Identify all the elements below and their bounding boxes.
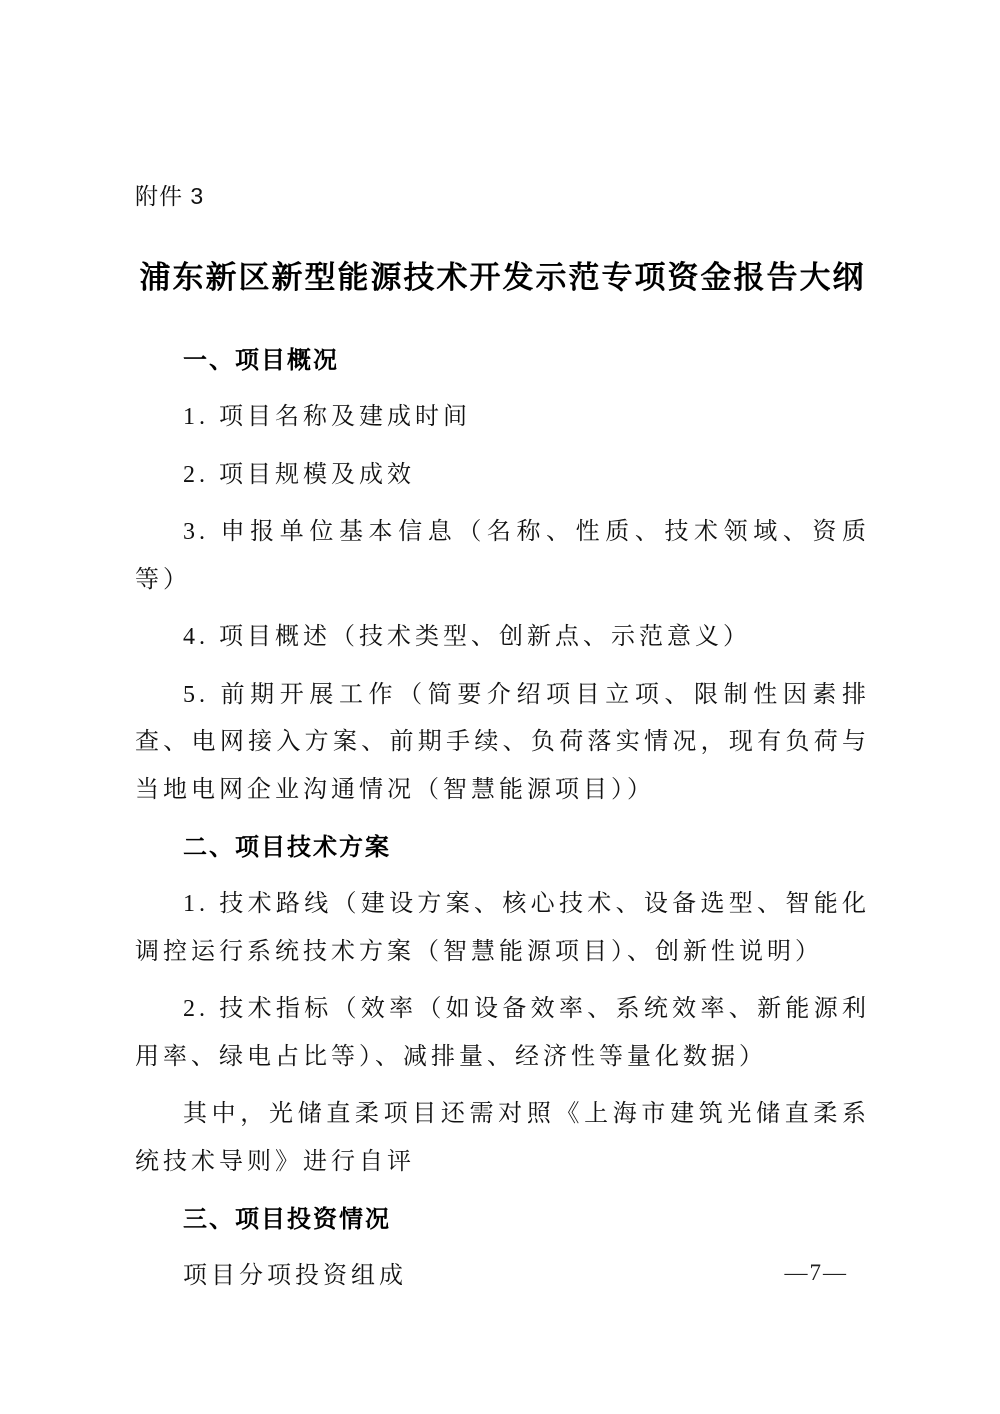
document-body: 一、项目概况 1. 项目名称及建成时间 2. 项目规模及成效 3. 申报单位基本… xyxy=(135,337,870,1301)
paragraph-project-name: 1. 项目名称及建成时间 xyxy=(135,394,870,442)
paragraph-project-scale: 2. 项目规模及成效 xyxy=(135,452,870,500)
paragraph-project-overview: 4. 项目概述（技术类型、创新点、示范意义） xyxy=(135,614,870,662)
paragraph-technical-indicators: 2. 技术指标（效率（如设备效率、系统效率、新能源利用率、绿电占比等）、减排量、… xyxy=(135,986,870,1081)
paragraph-preliminary-work: 5. 前期开展工作（简要介绍项目立项、限制性因素排查、电网接入方案、前期手续、负… xyxy=(135,672,870,815)
section-heading-2: 二、项目技术方案 xyxy=(135,824,870,871)
section-heading-1: 一、项目概况 xyxy=(135,337,870,384)
paragraph-self-assessment-note: 其中，光储直柔项目还需对照《上海市建筑光储直柔系统技术导则》进行自评 xyxy=(135,1091,870,1186)
paragraph-technical-route: 1. 技术路线（建设方案、核心技术、设备选型、智能化调控运行系统技术方案（智慧能… xyxy=(135,881,870,976)
paragraph-investment-composition: 项目分项投资组成 xyxy=(135,1253,870,1301)
document-title: 浦东新区新型能源技术开发示范专项资金报告大纲 xyxy=(135,257,870,299)
page-number: —7— xyxy=(785,1258,849,1288)
attachment-label: 附件 3 xyxy=(135,180,870,212)
document-page: 附件 3 浦东新区新型能源技术开发示范专项资金报告大纲 一、项目概况 1. 项目… xyxy=(0,0,1000,1414)
document-content: 附件 3 浦东新区新型能源技术开发示范专项资金报告大纲 一、项目概况 1. 项目… xyxy=(135,180,870,1311)
paragraph-applicant-info: 3. 申报单位基本信息（名称、性质、技术领域、资质等） xyxy=(135,509,870,604)
section-heading-3: 三、项目投资情况 xyxy=(135,1196,870,1243)
